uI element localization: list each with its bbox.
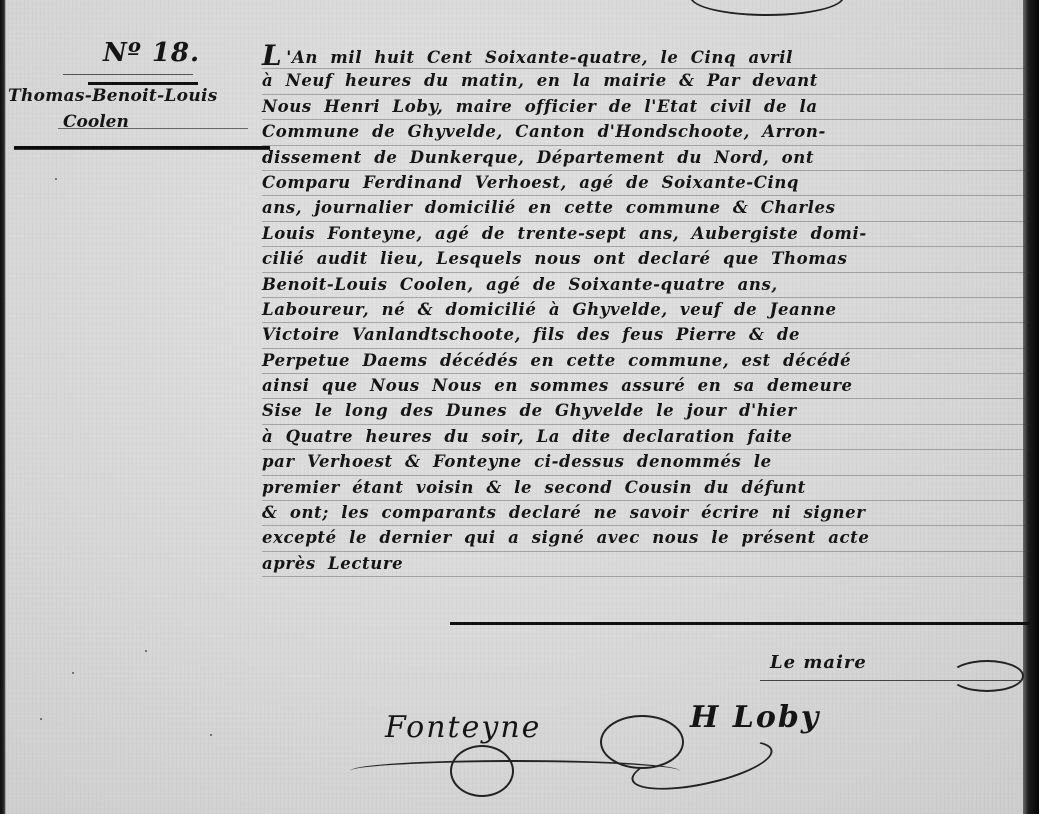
witness-signature: Fonteyne (385, 710, 541, 745)
margin-end-rule (14, 146, 270, 150)
text-line: à Quatre heures du soir, La dite declara… (262, 425, 1030, 450)
drop-initial: L (262, 39, 282, 72)
text-line: après Lecture (262, 552, 1030, 577)
act-closing-rule (450, 622, 1030, 625)
paper-speck (145, 650, 147, 652)
text-line: Benoit-Louis Coolen, agé de Soixante-qua… (262, 273, 1030, 298)
margin-name-rule (58, 128, 248, 129)
mayor-label-flourish (950, 660, 1024, 692)
paper-speck (210, 734, 212, 736)
text-line: Sise le long des Dunes de Ghyvelde le jo… (262, 399, 1030, 424)
top-ink-flourish (690, 0, 844, 16)
left-binding-edge (0, 0, 6, 814)
paper-speck (55, 178, 57, 180)
paper-speck (40, 718, 42, 720)
text-line: & ont; les comparants declaré ne savoir … (262, 501, 1030, 526)
text-line: ans, journalier domicilié en cette commu… (262, 196, 1030, 221)
text-line: Commune de Ghyvelde, Canton d'Hondschoot… (262, 120, 1030, 145)
scanned-register-page: Nº 18. Thomas-Benoit-Louis Coolen L'An m… (0, 0, 1039, 814)
text-line: par Verhoest & Fonteyne ci-dessus denomm… (262, 450, 1030, 475)
text-line: premier étant voisin & le second Cousin … (262, 476, 1030, 501)
text-line: dissement de Dunkerque, Département du N… (262, 146, 1030, 171)
mayor-signature: H Loby (690, 700, 820, 735)
act-body: L'An mil huit Cent Soixante-quatre, le C… (262, 44, 1030, 577)
text-line: cilié audit lieu, Lesquels nous ont decl… (262, 247, 1030, 272)
witness-signature-loop (450, 745, 514, 797)
text-line: Louis Fonteyne, agé de trente-sept ans, … (262, 222, 1030, 247)
mayor-label: Le maire (770, 652, 867, 673)
text-line: à Neuf heures du matin, en la mairie & P… (262, 69, 1030, 94)
text-line: Comparu Ferdinand Verhoest, agé de Soixa… (262, 171, 1030, 196)
text-line: excepté le dernier qui a signé avec nous… (262, 526, 1030, 551)
act-number: Nº 18. (103, 38, 200, 68)
act-number-bar (88, 82, 198, 85)
text-line: Victoire Vanlandtschoote, fils des feus … (262, 323, 1030, 348)
deceased-surname: Coolen (63, 112, 129, 132)
deceased-given-names: Thomas-Benoit-Louis (8, 86, 218, 106)
text-line: ainsi que Nous Nous en sommes assuré en … (262, 374, 1030, 399)
text-line: Nous Henri Loby, maire officier de l'Eta… (262, 95, 1030, 120)
paper-speck (72, 672, 74, 674)
text-line: L'An mil huit Cent Soixante-quatre, le C… (262, 44, 1030, 69)
act-number-underline (63, 74, 193, 75)
text-line: Laboureur, né & domicilié à Ghyvelde, ve… (262, 298, 1030, 323)
text-line: Perpetue Daems décédés en cette commune,… (262, 349, 1030, 374)
text-line-content: 'An mil huit Cent Soixante-quatre, le Ci… (286, 48, 793, 67)
